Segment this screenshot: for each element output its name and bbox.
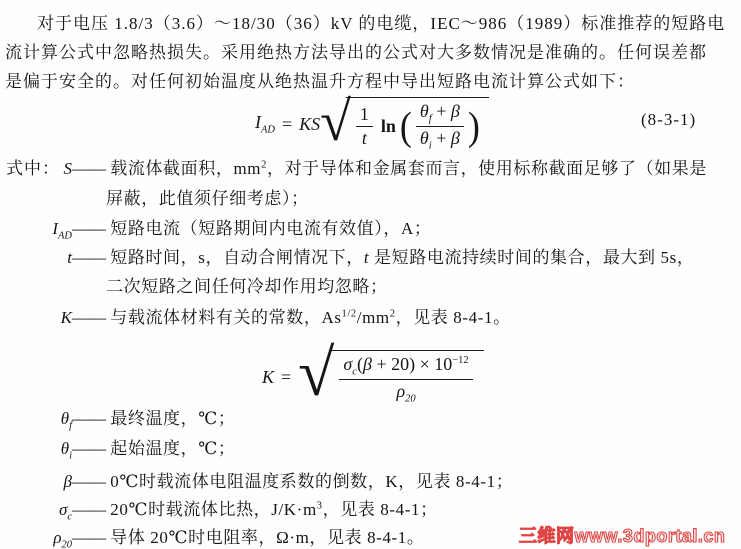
definition-row-t: t—— 短路时间，s，自动合闸情况下，t 是短路电流持续时间的集合，最大到 5s… — [0, 243, 694, 268]
eq1-fraction-numerator: 1 — [356, 104, 373, 127]
eq1-coefficient: KS — [299, 114, 320, 135]
eq1-theta-fraction: θf + β θi + β — [416, 101, 464, 151]
definition-text: 短路时间，s，自动合闸情况下，t 是短路电流持续时间的集合，最大到 5s， — [110, 248, 694, 267]
definition-symbol: IAD—— — [0, 219, 106, 241]
definition-row-t-continuation: 二次短路之间任何冷却作用均忽略； — [106, 272, 388, 297]
definition-text: 短路电流（短路期间内电流有效值），A； — [110, 219, 431, 238]
eq2-equals-sign: = — [281, 367, 291, 388]
definition-text: 20℃时载流体比热，J/K·m3，见表 8-4-1； — [110, 500, 437, 519]
definition-text: 0℃时载流体电阻温度系数的倒数，K，见表 8-4-1； — [110, 472, 513, 491]
eq1-theta-fraction-numerator: θf + β — [416, 101, 464, 127]
definition-symbol: θi—— — [0, 439, 106, 461]
eq2-radicand: σc(β + 20) × 10−12 ρ20 — [329, 350, 483, 404]
definition-text: 载流体截面积，mm2，对于导体和金属套而言，使用标称截面足够了（如果是 — [110, 159, 707, 178]
eq1-square-root: √ 1 t ln ( θf + β θi + β ) — [320, 96, 489, 152]
definition-row-k: K—— 与载流体材料有关的常数，As1/2/mm2，见表 8-4-1。 — [0, 303, 511, 328]
definition-row-iad: IAD—— 短路电流（短路期间内电流有效值），A； — [0, 214, 431, 241]
eq1-one-over-t-fraction: 1 t — [356, 104, 373, 149]
paragraph-line: 是偏于安全的。对任何初始温度从绝热温升方程中导出短路电流计算公式如下： — [5, 67, 635, 92]
definition-symbol: t—— — [0, 248, 106, 268]
eq1-theta-fraction-denominator: θi + β — [420, 127, 460, 152]
watermark: 三维网www.3dportal.cn — [519, 522, 725, 548]
definitions-prefix: 式中： — [6, 154, 60, 179]
definition-symbol: ρ20—— — [0, 528, 106, 549]
eq1-lhs-symbol: IAD — [255, 112, 275, 136]
eq1-ln-function: ln — [381, 116, 396, 137]
equation-k-constant: K = √ σc(β + 20) × 10−12 ρ20 — [262, 344, 484, 410]
definition-text: 最终温度，℃； — [110, 409, 235, 428]
radical-sign-icon: √ — [298, 341, 334, 407]
definition-row-sigma: σc—— 20℃时载流体比热，J/K·m3，见表 8-4-1； — [0, 495, 438, 522]
scanned-document-page: 对于电压 1.8/3（3.6）～18/30（36）kV 的电缆，IEC～986（… — [0, 0, 741, 549]
definition-row-s-continuation: 屏蔽，此值须仔细考虑）； — [106, 184, 309, 209]
eq1-fraction-denominator: t — [362, 127, 367, 149]
definition-row-theta-f: θf—— 最终温度，℃； — [0, 404, 235, 431]
open-paren: ( — [400, 106, 412, 146]
eq1-lhs-subscript: AD — [261, 125, 275, 136]
paragraph-line: 流计算公式中忽略热损失。采用绝热方法导出的公式对大多数情况是准确的。任何误差都 — [5, 38, 707, 63]
eq2-fraction-denominator: ρ20 — [396, 380, 415, 405]
definition-row-s: 式中： S—— 载流体截面积，mm2，对于导体和金属套而言，使用标称截面足够了（… — [0, 154, 707, 179]
eq1-radicand: 1 t ln ( θf + β θi + β ) — [346, 97, 489, 151]
definition-row-theta-i: θi—— 起始温度，℃； — [0, 434, 235, 461]
definition-symbol: K—— — [0, 308, 106, 328]
close-paren: ) — [468, 106, 480, 146]
equation-number: (8-3-1) — [641, 110, 696, 130]
definition-symbol: θf—— — [0, 409, 106, 431]
paragraph-line: 对于电压 1.8/3（3.6）～18/30（36）kV 的电缆，IEC～986（… — [37, 9, 725, 34]
definition-row-rho: ρ20—— 导体 20℃时电阻率，Ω·m，见表 8-4-1。 — [0, 523, 425, 549]
definition-text: 起始温度，℃； — [110, 439, 235, 458]
definition-text: 导体 20℃时电阻率，Ω·m，见表 8-4-1。 — [110, 528, 424, 547]
radical-sign-icon: √ — [320, 94, 351, 150]
definition-text: 与载流体材料有关的常数，As1/2/mm2，见表 8-4-1。 — [110, 308, 510, 327]
eq2-lhs-symbol: K — [262, 367, 274, 388]
definition-row-beta: β—— 0℃时载流体电阻温度系数的倒数，K，见表 8-4-1； — [0, 467, 513, 492]
definition-symbol: σc—— — [0, 500, 106, 522]
definition-symbol: β—— — [0, 472, 106, 492]
eq1-equals-sign: = — [282, 114, 292, 135]
eq2-fraction-numerator: σc(β + 20) × 10−12 — [339, 354, 472, 380]
eq2-fraction: σc(β + 20) × 10−12 ρ20 — [339, 354, 472, 404]
equation-short-circuit-current: IAD = KS √ 1 t ln ( θf + β θi + β ) — [255, 96, 489, 152]
eq2-square-root: √ σc(β + 20) × 10−12 ρ20 — [298, 344, 484, 410]
